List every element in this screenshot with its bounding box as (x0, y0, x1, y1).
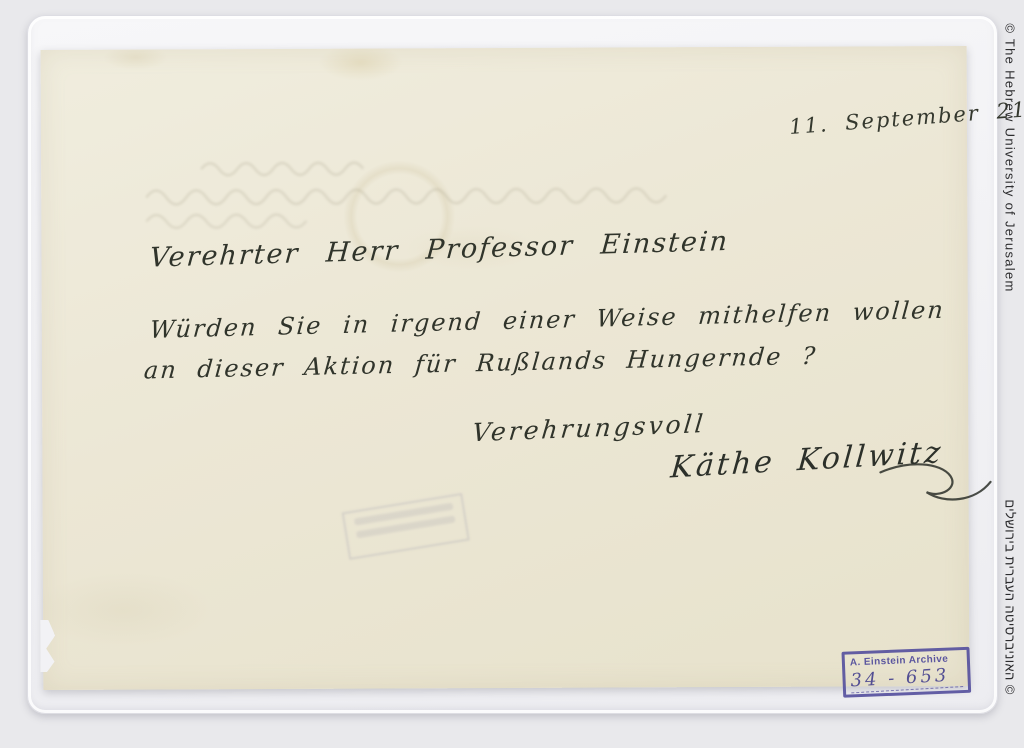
letter-body-line-2: an dieser Aktion für Rußlands Hungernde … (143, 342, 818, 385)
letter-paper: 11. September 21 Verehrter Herr Professo… (41, 46, 970, 690)
bleed-through-ghost (141, 155, 686, 232)
paper-tear (40, 620, 55, 672)
ghost-stamp (342, 493, 470, 560)
archive-stamp-number: 34 - 653 (850, 664, 963, 693)
archive-stamp: A. Einstein Archive 34 - 653 (841, 647, 971, 698)
signature-flourish (878, 458, 998, 511)
copyright-watermark-english: © The Hebrew University of Jerusalem (1003, 23, 1018, 292)
copyright-watermark-hebrew: © האוניברסיטה העברית בירושלים (1003, 499, 1018, 694)
letter-salutation: Verehrter Herr Professor Einstein (148, 226, 730, 274)
scanned-letter-image: 11. September 21 Verehrter Herr Professo… (0, 0, 1024, 748)
letter-body-line-1: Würden Sie in irgend einer Weise mithelf… (149, 296, 946, 344)
letter-closing: Verehrungsvoll (471, 409, 707, 447)
